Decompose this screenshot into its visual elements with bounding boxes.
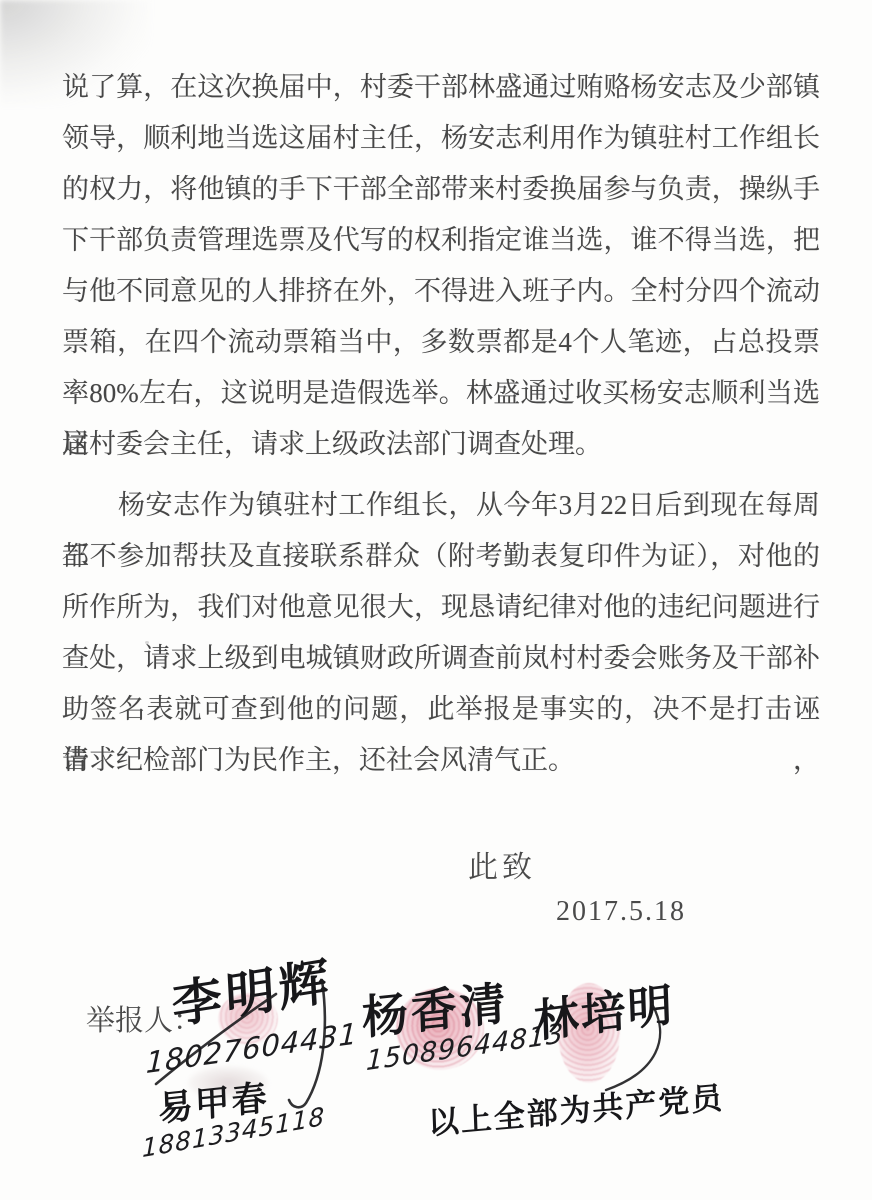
letter-body: 说了算，在这次换届中，村委干部林盛通过贿赂杨安志及少部镇 领导，顺利地当选这届村… <box>62 62 820 786</box>
body-line: 率80%左右，这说明是造假选举。林盛通过收买杨安志顺利当选这 <box>62 368 820 419</box>
body-line: 票箱，在四个流动票箱当中，多数票都是4个人笔迹，占总投票 <box>62 317 820 368</box>
body-line: 查处，请求上级到电城镇财政所调查前岚村村委会账务及干部补 <box>62 633 820 684</box>
body-line: 说了算，在这次换届中，村委干部林盛通过贿赂杨安志及少部镇 <box>62 62 820 113</box>
body-line: 杨安志作为镇驻村工作组长，从今年3月22日后到现在每周三 <box>62 480 820 531</box>
paragraph-discipline-request: 杨安志作为镇驻村工作组长，从今年3月22日后到现在每周三 都不参加帮扶及直接联系… <box>62 480 820 786</box>
closing-salutation: 此致 <box>468 842 536 886</box>
body-line: 与他不同意见的人排挤在外，不得进入班子内。全村分四个流动 <box>62 266 820 317</box>
body-line: 领导，顺利地当选这届村主任，杨安志利用作为镇驻村工作组长 <box>62 113 820 164</box>
body-line: 下干部负责管理选票及代写的权利指定谁当选，谁不得当选，把 <box>62 215 820 266</box>
body-line: 都不参加帮扶及直接联系群众（附考勤表复印件为证），对他的 <box>62 531 820 582</box>
body-line: 所作所为，我们对他意见很大，现恳请纪律对他的违纪问题进行 <box>62 582 820 633</box>
scanned-complaint-letter: 说了算，在这次换届中，村委干部林盛通过贿赂杨安志及少部镇 领导，顺利地当选这届村… <box>0 0 872 1200</box>
body-line: 助签名表就可查到他的问题，此举报是事实的，决不是打击诬告， <box>62 684 820 735</box>
paragraph-election-fraud: 说了算，在这次换届中，村委干部林盛通过贿赂杨安志及少部镇 领导，顺利地当选这届村… <box>62 62 820 470</box>
handwritten-note-party-members: 以上全部为共产党员 <box>427 1072 724 1143</box>
body-line: 的权力，将他镇的手下干部全部带来村委换届参与负责，操纵手 <box>62 164 820 215</box>
body-line: 届村委会主任，请求上级政法部门调查处理。 <box>62 419 820 470</box>
signature-name-3: 林培明 <box>533 968 675 1050</box>
letter-date: 2017.5.18 <box>556 896 686 928</box>
